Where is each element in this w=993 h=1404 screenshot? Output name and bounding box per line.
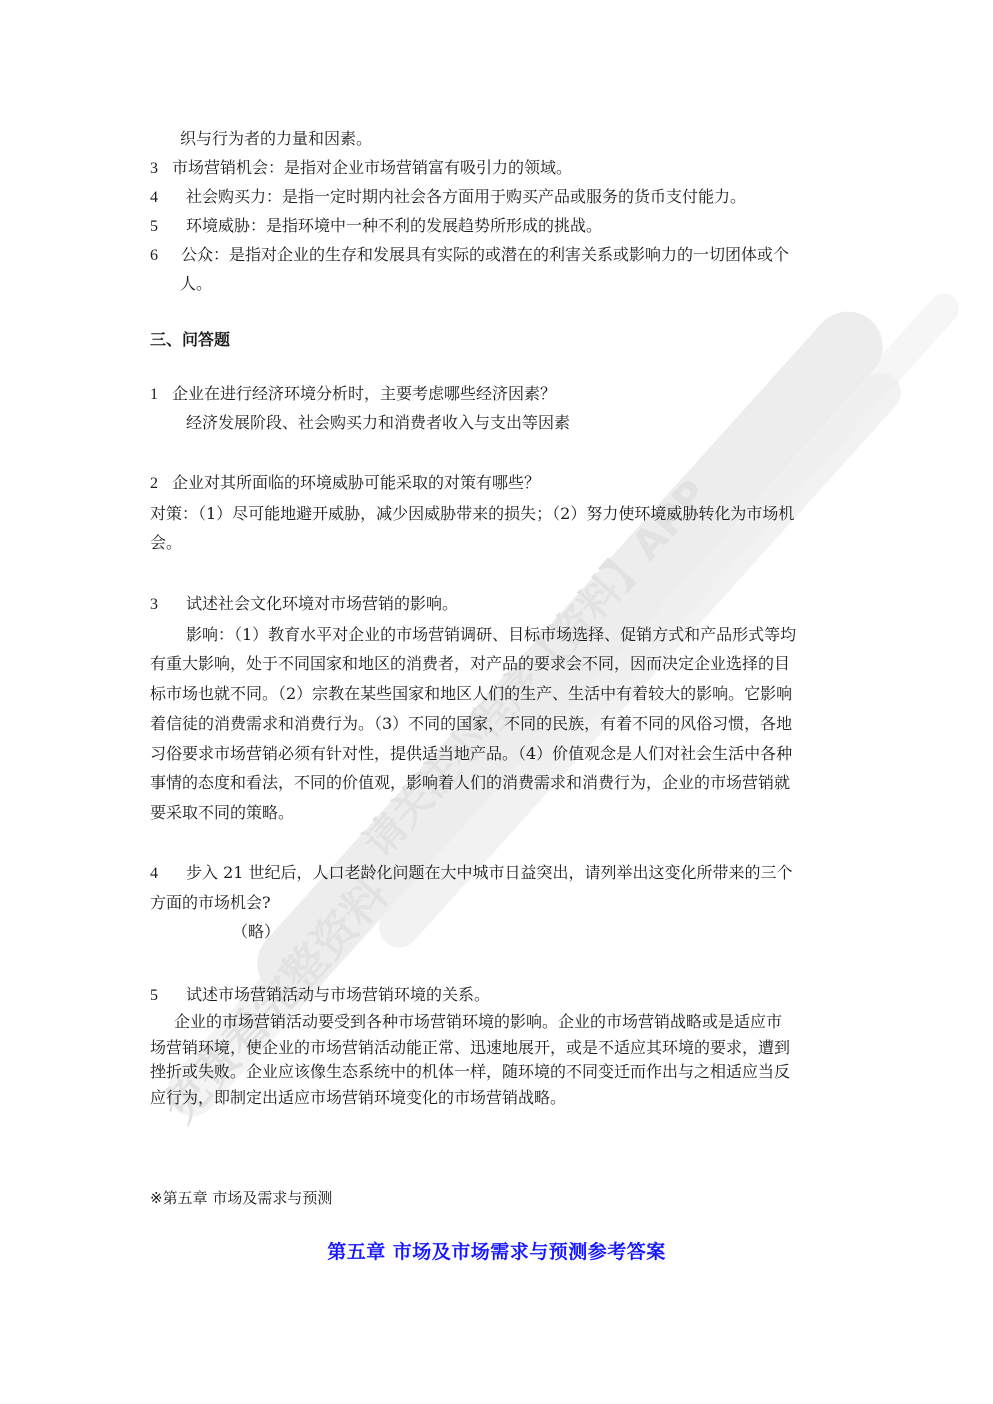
answer-line: 事情的态度和看法，不同的价值观，影响着人们的消费需求和消费行为，企业的市场营销就	[150, 773, 790, 793]
definition-item: 5环境威胁：是指环境中一种不利的发展趋势所形成的挑战。	[150, 216, 602, 237]
item-number: 3	[150, 159, 172, 179]
definition-item: 4社会购买力：是指一定时期内社会各方面用于购买产品或服务的货币支付能力。	[150, 187, 746, 208]
question-number: 3	[150, 595, 186, 615]
question-number: 4	[150, 864, 186, 884]
item-number: 5	[150, 217, 186, 237]
question-number: 2	[150, 474, 172, 494]
item-text: 市场营销机会：是指对企业市场营销富有吸引力的领域。	[172, 158, 572, 177]
answer-line: 着信徒的消费需求和消费行为。（3）不同的国家，不同的民族，有着不同的风俗习惯，各…	[150, 714, 792, 734]
answer-line: 标市场也就不同。（2）宗教在某些国家和地区人们的生产、生活中有着较大的影响。它影…	[150, 684, 792, 704]
section-heading: 三、问答题	[150, 330, 230, 350]
question-text: 步入 21 世纪后，人口老龄化问题在大中城市日益突出，请列举出这变化所带来的三个	[186, 863, 793, 882]
question-text: 企业对其所面临的环境威胁可能采取的对策有哪些？	[172, 473, 540, 492]
definition-item: 3市场营销机会：是指对企业市场营销富有吸引力的领域。	[150, 158, 572, 179]
chapter-note: ※第五章 市场及需求与预测	[150, 1188, 332, 1208]
question-continuation: 方面的市场机会?	[150, 893, 271, 913]
item-number: 6	[150, 246, 181, 266]
question-text: 试述市场营销活动与市场营销环境的关系。	[186, 985, 490, 1004]
definition-continuation: 人。	[180, 274, 212, 294]
definition-item: 6公众：是指对企业的生存和发展具有实际的或潜在的利害关系或影响力的一切团体或个	[150, 245, 789, 266]
question-5: 5试述市场营销活动与市场营销环境的关系。	[150, 985, 490, 1006]
item-text: 环境威胁：是指环境中一种不利的发展趋势所形成的挑战。	[186, 216, 602, 235]
item-text: 社会购买力：是指一定时期内社会各方面用于购买产品或服务的货币支付能力。	[186, 187, 746, 206]
answer-line: 会。	[150, 533, 182, 553]
question-number: 1	[150, 385, 172, 405]
answer-line: 场营销环境，使企业的市场营销活动能正常、迅速地展开，或是不适应其环境的要求，遭到	[150, 1038, 790, 1058]
answer-line: 经济发展阶段、社会购买力和消费者收入与支出等因素	[186, 413, 570, 433]
answer-line: 挫折或失败。企业应该像生态系统中的机体一样，随环境的不同变迁而作出与之相适应当反	[150, 1062, 790, 1082]
answer-line: 习俗要求市场营销必须有针对性，提供适当地产品。（4）价值观念是人们对社会生活中各…	[150, 744, 792, 764]
answer-line: （略）	[232, 922, 280, 942]
question-4: 4步入 21 世纪后，人口老龄化问题在大中城市日益突出，请列举出这变化所带来的三…	[150, 863, 793, 884]
answer-line: 企业的市场营销活动要受到各种市场营销环境的影响。企业的市场营销战略或是适应市	[174, 1012, 782, 1032]
answer-line: 有重大影响，处于不同国家和地区的消费者，对产品的要求会不同，因而决定企业选择的目	[150, 654, 790, 674]
answer-line: 对策：（1）尽可能地避开威胁，减少因威胁带来的损失；（2）努力使环境威胁转化为市…	[150, 504, 794, 524]
answer-line: 要采取不同的策略。	[150, 803, 294, 823]
definition-continuation: 织与行为者的力量和因素。	[180, 129, 372, 149]
item-number: 4	[150, 188, 186, 208]
question-text: 企业在进行经济环境分析时，主要考虑哪些经济因素？	[172, 384, 556, 403]
question-text: 试述社会文化环境对市场营销的影响。	[186, 594, 458, 613]
answer-line: 影响：（1）教育水平对企业的市场营销调研、目标市场选择、促销方式和产品形式等均	[186, 625, 796, 645]
document-page: 织与行为者的力量和因素。 3市场营销机会：是指对企业市场营销富有吸引力的领域。 …	[0, 0, 993, 1404]
answer-line: 应行为，即制定出适应市场营销环境变化的市场营销战略。	[150, 1088, 566, 1108]
chapter-title: 第五章 市场及市场需求与预测参考答案	[0, 1237, 993, 1264]
question-3: 3试述社会文化环境对市场营销的影响。	[150, 594, 458, 615]
question-number: 5	[150, 986, 186, 1006]
question-1: 1企业在进行经济环境分析时，主要考虑哪些经济因素？	[150, 384, 556, 405]
question-2: 2企业对其所面临的环境威胁可能采取的对策有哪些？	[150, 473, 540, 494]
item-text: 公众：是指对企业的生存和发展具有实际的或潜在的利害关系或影响力的一切团体或个	[181, 245, 789, 264]
